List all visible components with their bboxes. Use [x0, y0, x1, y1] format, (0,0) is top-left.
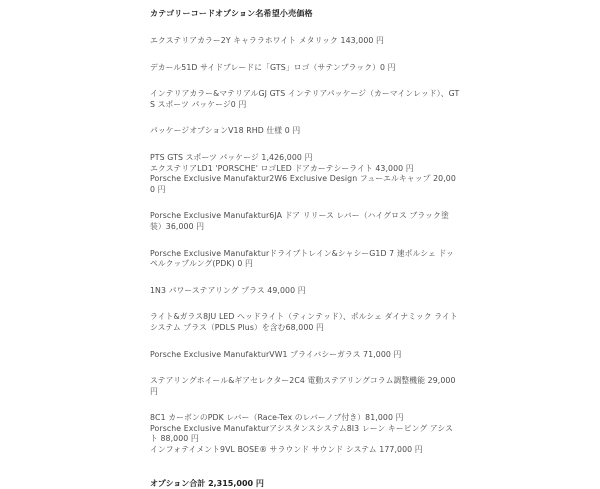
document-page: カテゴリーコードオプション名希望小売価格 エクステリアカラー2Y キャララホワイ…	[150, 8, 460, 450]
option-line: 1N3 パワーステアリング プラス 49,000 円	[150, 286, 460, 297]
option-paragraph: パッケージオプションV18 RHD 仕様 0 円	[150, 126, 460, 137]
option-line: インフォテイメント9VL BOSE® サラウンド サウンド システム 177,0…	[150, 445, 460, 450]
option-line: Porsche Exclusive Manufaktur2W6 Exclusiv…	[150, 174, 460, 195]
option-line: ステアリングホイール&ギアセレクター2C4 電動ステアリングコラム調整機能 29…	[150, 376, 460, 397]
option-line: Porsche Exclusive Manufakturアシスタンスシステム8I…	[150, 424, 460, 445]
option-line: Porsche Exclusive ManufakturVW1 プライバシーガラ…	[150, 350, 460, 361]
option-paragraph: インテリアカラー&マテリアルGJ GTS インテリアパッケージ（カーマインレッド…	[150, 89, 460, 110]
option-line: PTS GTS スポーツ パッケージ 1,426,000 円	[150, 153, 460, 164]
option-line: Porsche Exclusive Manufakturドライブトレイン&シャシ…	[150, 249, 460, 270]
option-line: インテリアカラー&マテリアルGJ GTS インテリアパッケージ（カーマインレッド…	[150, 89, 460, 110]
option-line: エクステリアLD1 'PORSCHE' ロゴLED ドアカーテシーライト 43,…	[150, 164, 460, 175]
option-paragraph: ステアリングホイール&ギアセレクター2C4 電動ステアリングコラム調整機能 29…	[150, 376, 460, 397]
option-paragraph: 8C1 カーボンのPDK レバー（Race-Tex のレバーノブ付き）81,00…	[150, 413, 460, 450]
option-line: 8C1 カーボンのPDK レバー（Race-Tex のレバーノブ付き）81,00…	[150, 413, 460, 424]
option-paragraph: Porsche Exclusive Manufakturドライブトレイン&シャシ…	[150, 249, 460, 270]
option-list: エクステリアカラー2Y キャララホワイト メタリック 143,000 円デカール…	[150, 36, 460, 450]
option-line: Porsche Exclusive Manufaktur6JA ドア リリース …	[150, 211, 460, 232]
option-paragraph: Porsche Exclusive ManufakturVW1 プライバシーガラ…	[150, 350, 460, 361]
option-line: エクステリアカラー2Y キャララホワイト メタリック 143,000 円	[150, 36, 460, 47]
option-line: パッケージオプションV18 RHD 仕様 0 円	[150, 126, 460, 137]
option-paragraph: デカール51D サイドブレードに「GTS」ロゴ（サテンブラック）0 円	[150, 63, 460, 74]
document-title: カテゴリーコードオプション名希望小売価格	[150, 8, 460, 19]
option-paragraph: エクステリアカラー2Y キャララホワイト メタリック 143,000 円	[150, 36, 460, 47]
option-paragraph: 1N3 パワーステアリング プラス 49,000 円	[150, 286, 460, 297]
option-paragraph: ライト&ガラス8JU LED ヘッドライト（ティンテッド）、ポルシェ ダイナミッ…	[150, 312, 460, 333]
option-line: ライト&ガラス8JU LED ヘッドライト（ティンテッド）、ポルシェ ダイナミッ…	[150, 312, 460, 333]
option-line: デカール51D サイドブレードに「GTS」ロゴ（サテンブラック）0 円	[150, 63, 460, 74]
option-paragraph: Porsche Exclusive Manufaktur6JA ドア リリース …	[150, 211, 460, 232]
option-paragraph: PTS GTS スポーツ パッケージ 1,426,000 円エクステリアLD1 …	[150, 153, 460, 195]
